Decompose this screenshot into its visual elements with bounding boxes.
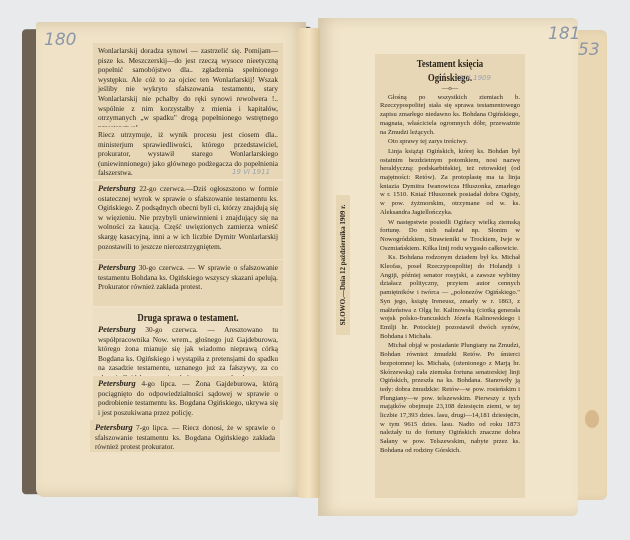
article-paragraph: Głośną po wszystkich ziemiach b. Rzeczyp… xyxy=(380,94,520,138)
clipping-petersburg-22-june: Petersburg 22-go czerwca.—Dziś ogłoszszo… xyxy=(93,181,283,259)
clipping-text: 22-go czerwca.—Dziś ogłoszszono w formie… xyxy=(98,184,278,251)
dateline: Petersburg xyxy=(95,423,133,432)
source-date-strip: SŁOWO.—Dnia 12 października 1909 r. xyxy=(336,195,350,335)
article-paragraph: W następstwie posiedli Ogińscy wielką zi… xyxy=(380,219,520,254)
dateline: Petersburg xyxy=(98,184,136,193)
source-date-text: SŁOWO.—Dnia 12 października 1909 r. xyxy=(339,205,347,326)
pencil-date-note-right: 12 X 1909 xyxy=(455,74,491,82)
next-page-number: 53 xyxy=(578,40,600,60)
clipping-heading: Druga sprawa o testament. xyxy=(116,311,260,325)
dateline: Petersburg xyxy=(98,263,136,272)
dateline: Petersburg xyxy=(98,325,136,334)
pencil-date-note: 19 VI 1911 xyxy=(232,168,270,176)
clipping-petersburg-30-june: Petersburg 30-go czerwca. — W sprawie o … xyxy=(93,260,283,306)
article-paragraph: Michał objął w posiadanie Plungiany na Ż… xyxy=(380,342,520,455)
left-page-number: 180 xyxy=(44,30,76,50)
article-paragraph: Linja książąt Ogińskich, której ks. Bohd… xyxy=(380,148,520,218)
book-gutter xyxy=(298,28,320,498)
clipping-wonlarlarski: Wonlarlarskij doradza synowi — zastrzeli… xyxy=(93,43,283,127)
dateline: Petersburg xyxy=(98,379,136,388)
foxing-stain xyxy=(585,410,599,428)
article-separator: —o— xyxy=(380,85,520,94)
clipping-petersburg-4-july: Petersburg 4-go lipca. — Żona Gajdeburow… xyxy=(93,376,283,420)
article-paragraph: Ks. Bohdana rodzonym dziadem był ks. Mic… xyxy=(380,254,520,341)
open-scrapbook: 180 181 53 Wonlarlarskij doradza synowi … xyxy=(0,0,630,540)
right-page-number: 181 xyxy=(548,24,580,44)
clipping-petersburg-7-july: Petersburg 7-go lipca. — Riecz donosi, ż… xyxy=(90,420,280,452)
clipping-text: Wonlarlarskij doradza synowi — zastrzeli… xyxy=(98,46,278,132)
clipping-druga-sprawa: Druga sprawa o testament. Petersburg 30-… xyxy=(93,308,283,374)
article-testament-clipping: Testament księcia Ogińskiego. —o— Głośną… xyxy=(375,54,525,498)
article-paragraph: Oto sprawy tej zarys treściwy. xyxy=(380,138,520,147)
